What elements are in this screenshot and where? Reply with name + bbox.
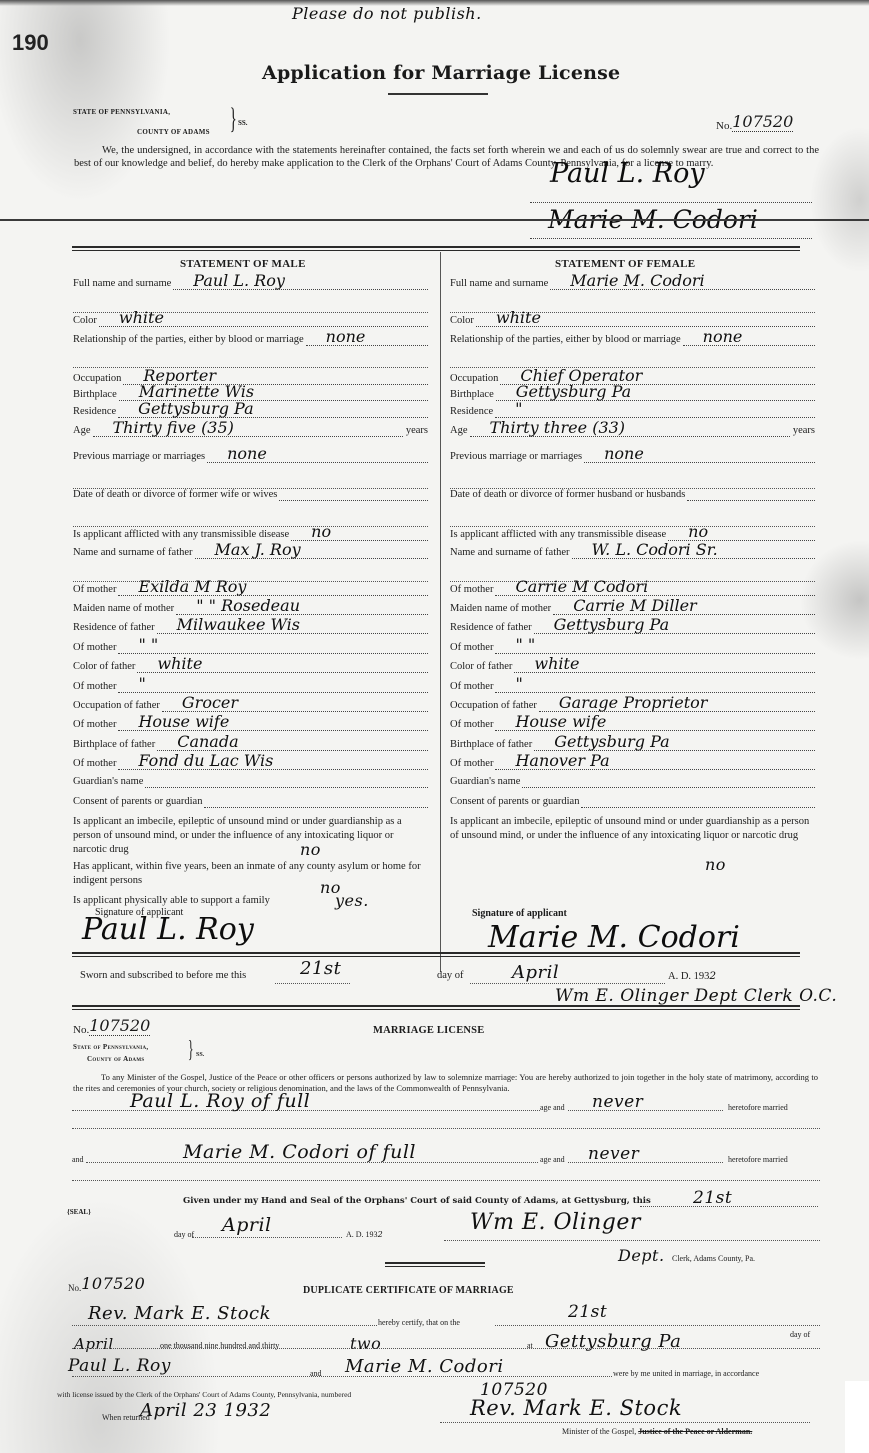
field-value: Garage Proprietor <box>559 693 708 712</box>
blank-line <box>72 1348 820 1349</box>
field-label: Color <box>450 315 474 327</box>
female-imbecile-question: Is applicant an imbecile, epileptic of u… <box>450 815 815 843</box>
field-blank <box>687 483 815 501</box>
field-label: Date of death or divorce of former wife … <box>73 489 277 501</box>
male-field-residence: ResidenceGettysburg Pa <box>73 400 428 418</box>
male-field-father-color: Color of fatherwhite <box>73 655 428 673</box>
male-support-answer: yes. <box>335 891 369 910</box>
field-label: Previous marriage or marriages <box>73 451 205 463</box>
field-value: " <box>138 674 145 693</box>
field-label: Full name and surname <box>73 278 171 290</box>
female-field-disease: Is applicant afflicted with any transmis… <box>450 523 815 541</box>
double-rule <box>72 952 800 957</box>
given-day: 21st <box>693 1188 732 1208</box>
field-value: Canada <box>177 732 238 751</box>
field-label: Color <box>73 315 97 327</box>
field-value: no <box>688 522 708 541</box>
field-value: Thirty three (33) <box>490 418 626 437</box>
female-field-date-death-divorce: Date of death or divorce of former husba… <box>450 483 815 501</box>
male-field-father-name: Name and surname of fatherMax J. Roy <box>73 541 428 559</box>
field-label: Relationship of the parties, either by b… <box>450 334 681 346</box>
field-value: " <box>515 399 522 418</box>
minister-signature: Rev. Mark E. Stock <box>470 1396 682 1420</box>
certificate-number: No. 107520 <box>68 1274 145 1293</box>
field-label: Of mother <box>450 758 493 770</box>
brace-symbol: } <box>188 1038 194 1062</box>
field-value: Carrie M Diller <box>573 596 697 615</box>
united-text: were by me united in marriage, in accord… <box>613 1369 759 1378</box>
male-field-date-death-divorce: Date of death or divorce of former wife … <box>73 483 428 501</box>
column-divider <box>440 252 441 972</box>
male-asylum-question: Has applicant, within five years, been a… <box>73 860 428 888</box>
field-blank: " <box>118 675 428 693</box>
license-party1: Paul L. Roy of full <box>130 1090 310 1112</box>
female-field-father-residence: Residence of fatherGettysburg Pa <box>450 616 815 634</box>
male-field-color: Colorwhite <box>73 309 428 327</box>
male-field-father-residence: Residence of fatherMilwaukee Wis <box>73 616 428 634</box>
field-value: Max J. Roy <box>215 540 301 559</box>
field-label: Consent of parents or guardian <box>73 796 202 808</box>
license-number: No. 107520 <box>73 1016 150 1036</box>
female-field-mother-maiden: Maiden name of motherCarrie M Diller <box>450 597 815 615</box>
field-blank <box>279 483 428 501</box>
female-field-residence: Residence" <box>450 400 815 418</box>
license-ad: A. D. 1932 <box>346 1230 383 1239</box>
title-underline <box>388 93 488 95</box>
field-value: none <box>227 444 267 463</box>
field-blank: " <box>495 400 815 418</box>
double-rule <box>385 1262 485 1267</box>
field-label: Birthplace of father <box>450 739 532 751</box>
field-label: Of mother <box>73 758 116 770</box>
day-of-label: day of <box>790 1330 810 1339</box>
license-party2-status: never <box>588 1144 639 1164</box>
male-field-mother-maiden: Maiden name of mother" " Rosedeau <box>73 597 428 615</box>
field-blank: Garage Proprietor <box>539 694 815 712</box>
field-blank: Gettysburg Pa <box>534 733 815 751</box>
field-blank: " " <box>118 636 428 654</box>
female-field-relationship: Relationship of the parties, either by b… <box>450 328 815 346</box>
field-value: House wife <box>138 712 229 731</box>
license-issued-text: with license issued by the Clerk of the … <box>57 1390 351 1399</box>
field-value: white <box>157 654 202 673</box>
certificate-bride: Marie M. Codori <box>345 1356 504 1377</box>
minister-title: Minister of the Gospel, Justice of the P… <box>562 1427 752 1436</box>
ss-label: SS. <box>196 1052 204 1058</box>
field-blank: Max J. Roy <box>195 541 428 559</box>
field-label: Residence <box>450 406 493 418</box>
field-value: none <box>604 444 644 463</box>
field-blank: Carrie M Diller <box>553 597 815 615</box>
license-county: County of Adams <box>87 1055 144 1063</box>
certificate-day: 21st <box>568 1302 607 1322</box>
field-value: " <box>515 674 522 693</box>
field-blank: none <box>306 328 428 346</box>
signature-line <box>530 202 812 203</box>
male-field-relationship: Relationship of the parties, either by b… <box>73 328 428 346</box>
male-field-previous-marriage: Previous marriage or marriagesnone <box>73 445 428 463</box>
field-blank: no <box>668 523 815 541</box>
field-value: Grocer <box>182 693 238 712</box>
heretofore-label: heretofore married <box>728 1103 788 1112</box>
page-number: 190 <box>12 30 49 56</box>
blank-line <box>72 1325 377 1326</box>
field-label: Age <box>73 425 91 437</box>
male-imbecile-question: Is applicant an imbecile, epileptic of u… <box>73 815 428 857</box>
male-applicant-signature: Paul L. Roy <box>82 912 254 947</box>
signature-line <box>530 238 812 239</box>
male-field-mother-occupation: Of motherHouse wife <box>73 713 428 731</box>
field-blank: W. L. Codori Sr. <box>572 541 815 559</box>
field-label: Residence of father <box>73 622 155 634</box>
field-suffix: years <box>406 425 428 437</box>
field-label: Date of death or divorce of former husba… <box>450 489 685 501</box>
field-blank: white <box>514 655 815 673</box>
field-label: Age <box>450 425 468 437</box>
license-clerk-signature: Wm E. Olinger <box>470 1210 641 1235</box>
blank-line <box>72 1180 820 1181</box>
blank-line <box>275 983 350 984</box>
field-label: Name and surname of father <box>450 547 570 559</box>
state-label: STATE OF PENNSYLVANIA, <box>73 108 170 116</box>
female-field-mother-birthplace: Of motherHanover Pa <box>450 752 815 770</box>
field-value: W. L. Codori Sr. <box>592 540 718 559</box>
field-blank <box>204 790 428 808</box>
male-field-father-occupation: Occupation of fatherGrocer <box>73 694 428 712</box>
male-field-age: AgeThirty five (35)years <box>73 419 428 437</box>
license-heading: MARRIAGE LICENSE <box>373 1025 484 1036</box>
field-blank: Grocer <box>162 694 428 712</box>
female-field-father-color: Color of fatherwhite <box>450 655 815 673</box>
field-value: Paul L. Roy <box>193 271 285 290</box>
male-field-full-name: Full name and surnamePaul L. Roy <box>73 272 428 290</box>
field-blank: " " Rosedeau <box>176 597 428 615</box>
field-value: Gettysburg Pa <box>516 382 631 401</box>
field-value: Marie M. Codori <box>570 271 704 290</box>
field-label: Relationship of the parties, either by b… <box>73 334 304 346</box>
field-value: no <box>311 522 331 541</box>
field-label: Name and surname of father <box>73 547 193 559</box>
field-label: Color of father <box>450 661 512 673</box>
field-blank: none <box>683 328 815 346</box>
certificate-month: April <box>74 1335 114 1353</box>
number-label: No. <box>716 120 732 132</box>
male-imbecile-answer: no <box>300 840 321 859</box>
license-party2: Marie M. Codori of full <box>183 1141 416 1163</box>
sworn-text: Sworn and subscribed to before me this <box>80 970 246 981</box>
male-field-mother-color: Of mother" <box>73 675 428 693</box>
male-field-mother-birthplace: Of motherFond du Lac Wis <box>73 752 428 770</box>
field-blank: white <box>476 309 815 327</box>
female-field-full-name: Full name and surnameMarie M. Codori <box>450 272 815 290</box>
field-label: Occupation of father <box>450 700 537 712</box>
blank-line <box>192 1237 342 1238</box>
field-suffix: years <box>793 425 815 437</box>
female-section-heading: STATEMENT OF FEMALE <box>555 258 695 270</box>
female-field-father-birthplace: Birthplace of fatherGettysburg Pa <box>450 733 815 751</box>
sworn-month: April <box>512 962 559 983</box>
female-field-color: Colorwhite <box>450 309 815 327</box>
field-blank <box>145 770 428 788</box>
field-value: Exilda M Roy <box>138 577 246 596</box>
field-label: Occupation of father <box>73 700 160 712</box>
field-label: Of mother <box>73 681 116 693</box>
application-number: No. 107520 <box>716 112 793 132</box>
female-field-age: AgeThirty three (33)years <box>450 419 815 437</box>
field-value: white <box>534 654 579 673</box>
blank-line <box>72 1376 612 1377</box>
double-rule <box>72 1005 800 1010</box>
field-value: " " <box>515 635 535 654</box>
scan-edge-patch <box>845 1381 869 1453</box>
field-value: none <box>326 327 366 346</box>
field-blank: Thirty five (35) <box>93 419 403 437</box>
field-blank <box>522 770 815 788</box>
field-label: Consent of parents or guardian <box>450 796 579 808</box>
male-field-mother-residence: Of mother" " <box>73 636 428 654</box>
blank-line <box>440 1422 810 1423</box>
field-label: Residence of father <box>450 622 532 634</box>
female-field-mother-name: Of motherCarrie M Codori <box>450 578 815 596</box>
certify-text: hereby certify, that on the <box>378 1318 460 1327</box>
blank-line <box>470 983 665 984</box>
field-blank: no <box>291 523 428 541</box>
field-blank: Paul L. Roy <box>173 272 428 290</box>
field-label: Residence <box>73 406 116 418</box>
male-section-heading: STATEMENT OF MALE <box>180 258 306 270</box>
field-label: Of mother <box>73 719 116 731</box>
female-field-guardian-name: Guardian's name <box>450 770 815 788</box>
female-signature-label: Signature of applicant <box>472 908 567 919</box>
female-field-previous-marriage: Previous marriage or marriagesnone <box>450 445 815 463</box>
field-value: Gettysburg Pa <box>554 615 669 634</box>
field-blank: " <box>495 675 815 693</box>
field-value: House wife <box>515 712 606 731</box>
field-label: Of mother <box>73 584 116 596</box>
field-blank: none <box>207 445 428 463</box>
field-value: white <box>119 308 164 327</box>
field-label: Maiden name of mother <box>73 603 174 615</box>
male-field-disease: Is applicant afflicted with any transmis… <box>73 523 428 541</box>
field-label: Maiden name of mother <box>450 603 551 615</box>
field-blank: Gettysburg Pa <box>534 616 815 634</box>
field-value: Carrie M Codori <box>515 577 648 596</box>
field-label: Of mother <box>450 584 493 596</box>
male-field-mother-name: Of motherExilda M Roy <box>73 578 428 596</box>
certificate-heading: DUPLICATE CERTIFICATE OF MARRIAGE <box>303 1285 514 1296</box>
license-state: State of Pennsylvania, <box>73 1043 148 1051</box>
handwritten-note: Please do not publish. <box>292 4 482 23</box>
female-field-consent: Consent of parents or guardian <box>450 790 815 808</box>
clerk-title: Clerk, Adams County, Pa. <box>672 1254 755 1263</box>
given-under-text: Given under my Hand and Seal of the Orph… <box>183 1196 651 1206</box>
female-field-mother-color: Of mother" <box>450 675 815 693</box>
and-label: and <box>72 1155 84 1164</box>
field-value: " " <box>138 635 158 654</box>
field-label: Of mother <box>450 719 493 731</box>
field-value: Thirty five (35) <box>113 418 234 437</box>
county-label: COUNTY OF ADAMS <box>137 128 210 136</box>
blank-line <box>495 1325 820 1326</box>
female-applicant-signature: Marie M. Codori <box>488 920 740 955</box>
field-value: none <box>703 327 743 346</box>
ss-label: SS. <box>238 119 248 127</box>
age-and-label: age and <box>540 1155 565 1164</box>
document-title: Application for Marriage License <box>262 62 620 84</box>
female-field-mother-occupation: Of motherHouse wife <box>450 713 815 731</box>
applicant-signature-male: Paul L. Roy <box>550 158 705 189</box>
female-imbecile-answer: no <box>705 855 726 874</box>
field-blank: House wife <box>118 713 428 731</box>
field-blank: Hanover Pa <box>495 752 815 770</box>
male-field-consent: Consent of parents or guardian <box>73 790 428 808</box>
field-blank: Carrie M Codori <box>495 578 815 596</box>
sworn-clerk-signature: Wm E. Olinger Dept Clerk O.C. <box>555 986 837 1006</box>
female-field-father-name: Name and surname of fatherW. L. Codori S… <box>450 541 815 559</box>
number-value: 107520 <box>732 112 793 132</box>
male-support-question: Is applicant physically able to support … <box>73 894 353 908</box>
male-field-guardian-name: Guardian's name <box>73 770 428 788</box>
field-label: Color of father <box>73 661 135 673</box>
brace-symbol: } <box>230 104 237 134</box>
certificate-officiant: Rev. Mark E. Stock <box>88 1303 271 1324</box>
double-rule <box>72 246 800 251</box>
clerk-dept: Dept. <box>618 1246 665 1265</box>
certificate-year-word: two <box>350 1334 381 1353</box>
horizontal-rule <box>0 219 869 221</box>
field-blank: Gettysburg Pa <box>118 400 428 418</box>
blank-line <box>444 1240 820 1241</box>
field-blank: Marie M. Codori <box>550 272 815 290</box>
field-label: Previous marriage or marriages <box>450 451 582 463</box>
female-field-mother-residence: Of mother" " <box>450 636 815 654</box>
field-value: white <box>496 308 541 327</box>
field-label: Of mother <box>450 642 493 654</box>
field-label: Guardian's name <box>73 776 143 788</box>
field-blank: House wife <box>495 713 815 731</box>
field-value: Hanover Pa <box>515 751 609 770</box>
certificate-groom: Paul L. Roy <box>68 1356 171 1376</box>
male-field-father-birthplace: Birthplace of fatherCanada <box>73 733 428 751</box>
field-label: Full name and surname <box>450 278 548 290</box>
female-field-father-occupation: Occupation of fatherGarage Proprietor <box>450 694 815 712</box>
field-label: Of mother <box>450 681 493 693</box>
sworn-day-of: day of <box>437 970 464 981</box>
seal-label: {SEAL} <box>67 1208 91 1216</box>
blank-line <box>72 1128 820 1129</box>
heretofore-label: heretofore married <box>728 1155 788 1164</box>
field-value: Gettysburg Pa <box>554 732 669 751</box>
field-blank <box>581 790 815 808</box>
field-value: Fond du Lac Wis <box>138 751 273 770</box>
sworn-day: 21st <box>300 958 341 979</box>
field-value: Gettysburg Pa <box>138 399 253 418</box>
field-blank: white <box>137 655 428 673</box>
sworn-ad: A. D. 1932 <box>668 970 717 982</box>
female-field-birthplace: BirthplaceGettysburg Pa <box>450 383 815 401</box>
field-label: Of mother <box>73 642 116 654</box>
field-blank: white <box>99 309 428 327</box>
field-blank: Fond du Lac Wis <box>118 752 428 770</box>
field-blank: Exilda M Roy <box>118 578 428 596</box>
age-and-label: age and <box>540 1103 565 1112</box>
field-label: Guardian's name <box>450 776 520 788</box>
field-value: " " Rosedeau <box>196 596 300 615</box>
field-blank: Gettysburg Pa <box>496 383 815 401</box>
license-party1-status: never <box>592 1092 643 1112</box>
field-label: Birthplace of father <box>73 739 155 751</box>
field-blank: " " <box>495 636 815 654</box>
given-month: April <box>222 1214 272 1236</box>
field-blank: Thirty three (33) <box>470 419 790 437</box>
field-blank: Canada <box>157 733 428 751</box>
scanned-document-page: 190 Please do not publish. Application f… <box>0 0 869 1453</box>
field-blank: none <box>584 445 815 463</box>
field-value: Milwaukee Wis <box>177 615 300 634</box>
field-blank: Milwaukee Wis <box>157 616 428 634</box>
returned-date: April 23 1932 <box>140 1400 271 1421</box>
preamble-text: We, the undersigned, in accordance with … <box>74 145 819 170</box>
